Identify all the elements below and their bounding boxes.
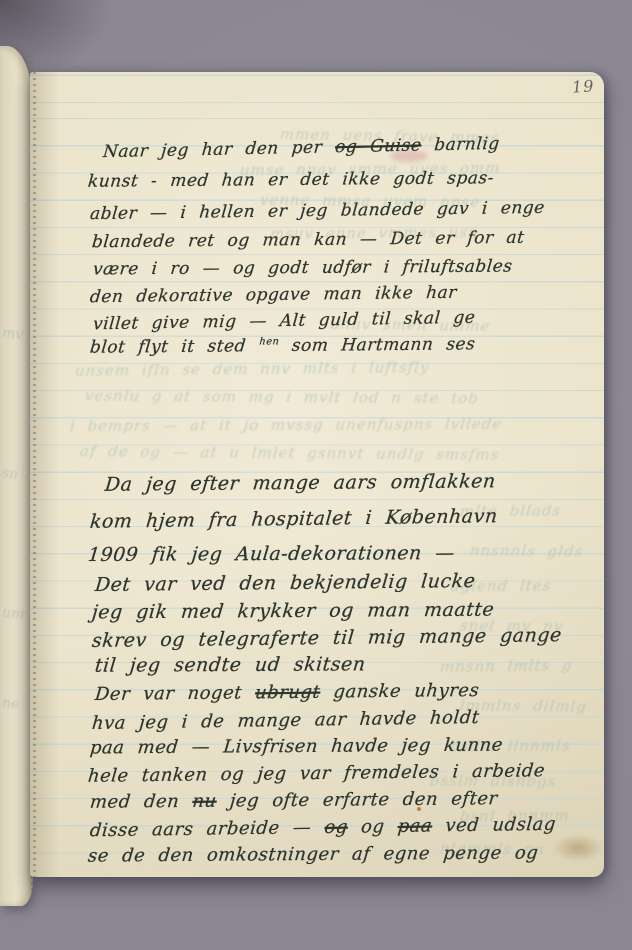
handwriting-text: jeg gik med krykker og man maatte (91, 599, 495, 624)
handwriting-text: jeg ofte erfarte den efter (216, 788, 499, 811)
bleedthrough-line: mnsnn lmlts g (439, 656, 573, 675)
handwriting-text: ved udslag (431, 814, 557, 837)
handwriting-text: kom hjem fra hospitalet i København (89, 505, 499, 533)
handwriting-line: jeg gik med krykker og man maatte (91, 599, 495, 624)
handwriting-text: blot flyt it sted (89, 336, 260, 357)
handwriting-text: paa med — Livsfrisen havde jeg kunne (89, 735, 504, 759)
handwriting-text: skrev og telegraferte til mig mange gang… (91, 624, 563, 652)
handwriting-text: Da jeg efter mange aars omflakken (104, 470, 497, 495)
previous-page-edge: mvsnumne (0, 46, 33, 906)
photo-backdrop: mvsnumne 19 mmen uens frave mmosumse nna… (0, 0, 632, 950)
bleedthrough-line: unsem ifln se dem nnv mlts i luftsfly (74, 358, 430, 380)
handwriting-text: 1909 fik jeg Aula-dekorationen — (87, 542, 456, 566)
bleedthrough-line: af de og — at u lmlet gsnnvt undlg smsfm… (79, 442, 500, 464)
handwriting-line: disse aars arbeide — og og paa ved udsla… (89, 814, 557, 842)
handwriting-text: den dekorative opgave man ikke har (89, 283, 458, 308)
handwriting-line: 1909 fik jeg Aula-dekorationen — (87, 542, 456, 566)
handwriting-text: være i ro — og godt udfør i friluftsable… (92, 257, 513, 280)
handwriting-text: Det var ved den bekjendelig lucke (94, 570, 477, 596)
struck-word: og (324, 817, 349, 838)
handwriting-line: Der var noget ubrugt ganske uhyres (94, 680, 480, 705)
struck-word: ubrugt (254, 682, 321, 704)
handwriting-line: blandede ret og man kan — Det er for at (91, 228, 525, 253)
handwriting-line: Det var ved den bekjendelig lucke (94, 570, 477, 596)
handwriting-text: til jeg sendte ud skitsen (94, 653, 367, 676)
handwriting-line: kom hjem fra hospitalet i København (89, 505, 499, 533)
handwriting-line: hva jeg i de mange aar havde holdt (91, 707, 480, 734)
bleedthrough-line: i bemprs — at it jo mvssg unenfuspns lvl… (69, 415, 503, 435)
handwriting-text: ganske uhyres (319, 680, 480, 703)
handwriting-line: abler — i hellen er jeg blandede gav i e… (89, 198, 546, 224)
handwriting-text: hva jeg i de mange aar havde holdt (91, 707, 480, 734)
handwriting-line: Da jeg efter mange aars omflakken (104, 470, 497, 495)
handwriting-line: den dekorative opgave man ikke har (89, 283, 458, 308)
stub-bleedthrough-mark: sn (1, 465, 19, 483)
handwriting-text: som Hartmann ses (278, 334, 476, 356)
perforation-edge (33, 72, 36, 877)
handwriting-text: se de den omkostninger af egne penge og (87, 842, 539, 866)
handwriting-line: kunst - med han er det ikke godt spas- (87, 168, 495, 192)
handwriting-text: barnlig (421, 134, 501, 156)
stub-bleedthrough-mark: um (1, 605, 25, 623)
notebook-page: 19 mmen uens frave mmosumse nnav smme uv… (30, 72, 604, 877)
handwriting-text: blandede ret og man kan — Det er for at (91, 228, 525, 253)
handwriting-text: og (347, 816, 399, 838)
bleedthrough-line: nnsnnls glds (469, 541, 584, 560)
inserted-word: hen (259, 336, 280, 347)
handwriting-line: paa med — Livsfrisen havde jeg kunne (89, 735, 504, 759)
stub-bleedthrough-mark: ne (1, 695, 20, 713)
struck-word: nu (191, 791, 217, 812)
bleedthrough-line: vesnlu g at som mg i mvlt lod n ste tob (84, 387, 480, 408)
handwriting-line: se de den omkostninger af egne penge og (87, 842, 539, 866)
handwriting-text: Der var noget (94, 682, 256, 705)
corner-stain (552, 834, 604, 862)
struck-word: paa (397, 815, 433, 837)
handwriting-line: skrev og telegraferte til mig mange gang… (91, 624, 563, 652)
handwriting-line: blot flyt it sted hen som Hartmann ses (89, 334, 476, 357)
page-number: 19 (571, 76, 595, 97)
struck-word: og Guise (334, 135, 422, 157)
handwriting-text: kunst - med han er det ikke godt spas- (87, 168, 495, 192)
handwriting-text: abler — i hellen er jeg blandede gav i e… (89, 198, 546, 224)
handwriting-line: til jeg sendte ud skitsen (94, 653, 367, 676)
handwriting-text: Naar jeg har den per (102, 137, 336, 162)
handwriting-text: med den (89, 791, 193, 813)
handwriting-line: med den nu jeg ofte erfarte den efter (89, 788, 499, 813)
handwriting-text: disse aars arbeide — (89, 817, 325, 841)
handwriting-line: Naar jeg har den per og Guise barnlig (102, 134, 500, 162)
handwriting-line: være i ro — og godt udfør i friluftsable… (92, 257, 513, 280)
stub-bleedthrough-mark: mv (1, 325, 24, 343)
